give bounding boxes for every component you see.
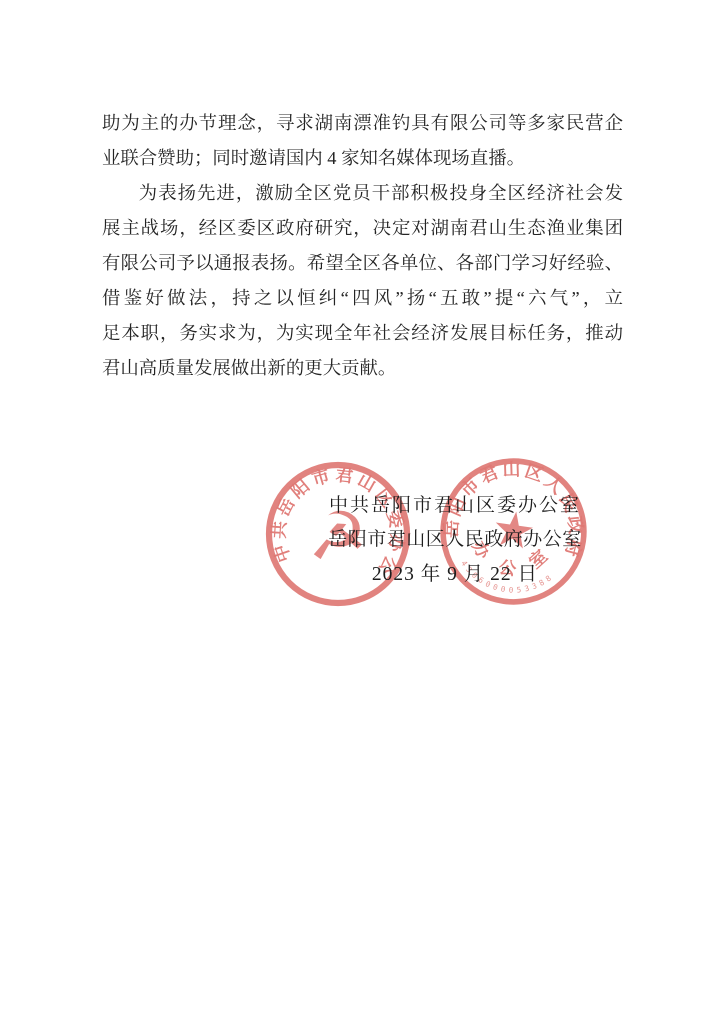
signing-org-1: 中共岳阳市君山区委办公室 <box>290 489 620 523</box>
signature-date: 2023 年 9 月 22 日 <box>290 558 620 592</box>
text-line: 助为主的办节理念，寻求湖南漂准钓具有限公司等多家民营企 <box>102 106 623 141</box>
text-line: 借鉴好做法，持之以恒纠“四风”扬“五敢”提“六气”，立 <box>102 281 623 316</box>
text-line: 足本职，务实求为，为实现全年社会经济发展目标任务，推动 <box>102 316 623 351</box>
document-page: 中共岳阳市君山区委办公室 ☭ 岳阳市君山区人民政府 ★ 办公室 43060000… <box>0 0 720 1018</box>
signing-org-2: 岳阳市君山区人民政府办公室 <box>290 523 620 557</box>
text-line: 君山高质量发展做出新的更大贡献。 <box>102 351 623 386</box>
text-line: 有限公司予以通报表扬。希望全区各单位、各部门学习好经验、 <box>102 246 623 281</box>
text-line: 为表扬先进，激励全区党员干部积极投身全区经济社会发 <box>102 176 623 211</box>
signature-block: 中共岳阳市君山区委办公室 岳阳市君山区人民政府办公室 2023 年 9 月 22… <box>290 489 620 592</box>
text-line: 业联合赞助；同时邀请国内 4 家知名媒体现场直播。 <box>102 141 623 176</box>
document-body: 助为主的办节理念，寻求湖南漂准钓具有限公司等多家民营企 业联合赞助；同时邀请国内… <box>102 106 623 386</box>
text-line: 展主战场，经区委区政府研究，决定对湖南君山生态渔业集团 <box>102 211 623 246</box>
